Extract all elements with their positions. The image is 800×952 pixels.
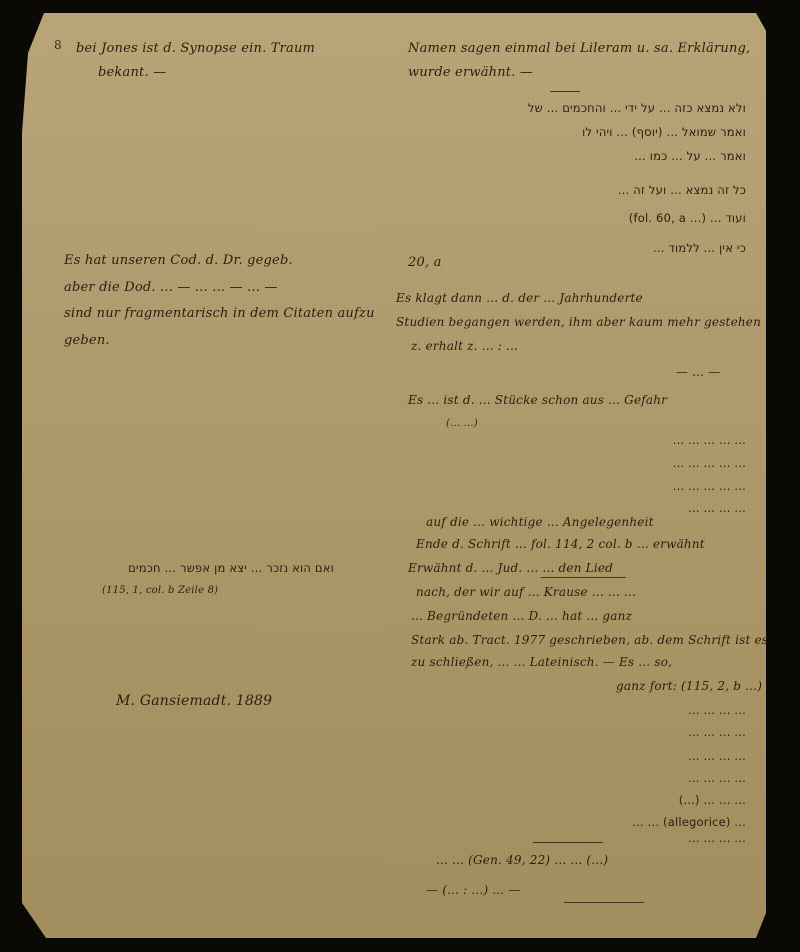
right-line: ... ... ... ... (406, 501, 746, 515)
right-line: Es klagt dann ... d. der ... Jahrhundert… (396, 291, 643, 305)
left-top-note-line-2: bekant. — (98, 65, 166, 80)
left-middle-note-line-1: Es hat unseren Cod. d. Dr. gegeb. (64, 253, 293, 268)
right-line: Studien begangen werden, ihm aber kaum m… (396, 315, 761, 329)
divider (541, 577, 626, 578)
left-hebrew-note-ref: (115, 1, col. b Zeile 8) (102, 585, 218, 596)
left-hebrew-note-line-1: ואם הוא נזכר ... יצא מן אפשר ... חכמים (74, 561, 334, 575)
right-line: auf die ... wichtige ... Angelegenheit (426, 515, 654, 529)
signature: M. Gansiemadt. 1889 (116, 693, 272, 709)
right-line: zu schließen, ... ... Lateinisch. — Es .… (411, 655, 672, 669)
right-line: Namen sagen einmal bei Lileram u. sa. Er… (408, 41, 750, 56)
right-line: ועוד ... (... fol. 60, a) (396, 211, 746, 225)
right-line: wurde erwähnt. — (408, 65, 533, 80)
right-line: ... ... ... ... ... (406, 479, 746, 493)
right-line: ... ... ... (...) (406, 793, 746, 807)
right-line: Erwähnt d. ... Jud. ... ... den Lied (408, 561, 613, 575)
right-line: — (... : ...) ... — (426, 883, 521, 897)
right-line: — ... — (676, 365, 720, 379)
right-line: ... ... ... ... (406, 749, 746, 763)
manuscript-page: 8 bei Jones ist d. Synopse ein. Traum be… (16, 13, 766, 938)
right-line: ואמר ... על ... כמו ... (416, 149, 746, 163)
left-middle-note-line-4: geben. (64, 333, 110, 348)
right-line: (... ...) (446, 418, 478, 429)
divider (550, 91, 580, 92)
right-line: ... ... ... ... (406, 771, 746, 785)
left-top-note-line-1: bei Jones ist d. Synopse ein. Traum (76, 41, 315, 56)
right-line: ... ... ... ... (406, 725, 746, 739)
right-line: ... ... ... ... ... (406, 456, 746, 470)
right-line: ... (allegorice) ... ... (406, 815, 746, 829)
right-line: z. erhalt z. ... : ... (411, 339, 518, 353)
right-line: ganz fort: (115, 2, b ...) (616, 679, 762, 693)
right-line: ... Begründeten ... D. ... hat ... ganz (411, 609, 632, 623)
folio-reference: 20, a (408, 255, 442, 270)
right-line: ... ... (Gen. 49, 22) ... ... (...) (436, 853, 608, 867)
right-line: Es ... ist d. ... Stücke schon aus ... G… (408, 393, 667, 407)
right-line: כל זה נמצא ... ועל זה ... (416, 183, 746, 197)
right-line: ולא נמצא כזה ... על ידי ... והחכמים ... … (416, 101, 746, 115)
divider (533, 842, 603, 843)
right-line: Ende d. Schrift ... fol. 114, 2 col. b .… (416, 537, 705, 551)
right-line: כי אין ... ללמוד ... (416, 241, 746, 255)
right-line: Stark ab. Tract. 1977 geschrieben, ab. d… (411, 633, 768, 647)
right-line: nach, der wir auf ... Krause ... ... ... (416, 585, 636, 599)
right-line: ... ... ... ... ... (406, 433, 746, 447)
left-middle-note-line-2: aber die Dod. ... — ... ... — ... — (64, 280, 278, 295)
divider (564, 902, 644, 903)
page-number: 8 (54, 38, 62, 52)
right-line: ואמר שמואל ... (יוסף) ... ויהי לו (416, 125, 746, 139)
right-line: ... ... ... ... (406, 703, 746, 717)
left-middle-note-line-3: sind nur fragmentarisch in dem Citaten a… (64, 306, 375, 321)
